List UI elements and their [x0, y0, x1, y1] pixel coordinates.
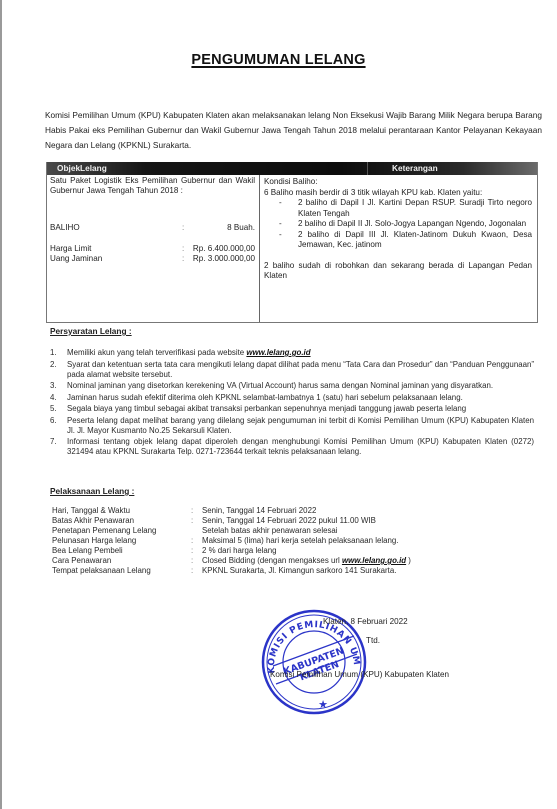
row-value: 2 % dari harga lelang [202, 546, 277, 556]
execution-table: Hari, Tanggal & Waktu:Senin, Tanggal 14 … [52, 506, 522, 576]
object-row-label: Uang Jaminan [50, 254, 102, 264]
row-label: Tempat pelaksanaan Lelang [52, 566, 151, 576]
title-text: PENGUMUMAN LELANG [191, 52, 365, 68]
item-text: Memiliki akun yang telah terverifikasi p… [67, 348, 246, 357]
item-number: 6. [50, 416, 57, 426]
signature-ttd: Ttd. [366, 636, 380, 645]
row-value-text: Senin, Tanggal 14 Februari 2022 pukul 11… [202, 516, 376, 525]
object-cell: Satu Paket Logistik Eks Pemilihan Gubern… [50, 176, 255, 196]
dash-bullet: - [279, 219, 282, 230]
row-label: Bea Lelang Pembeli [52, 546, 123, 556]
execution-row: Batas Akhir Penawaran:Senin, Tanggal 14 … [52, 516, 522, 526]
item-number: 1. [50, 348, 57, 358]
remarks-item: -2 baliho di Dapil I Jl. Kartini Depan R… [264, 198, 532, 219]
intro-paragraph: Komisi Pemilihan Umum (KPU) Kabupaten Kl… [45, 108, 542, 153]
object-description: Satu Paket Logistik Eks Pemilihan Gubern… [50, 176, 255, 196]
remarks-item-text: 2 baliho di Dapil II Jl. Solo-Jogya Lapa… [298, 219, 526, 228]
requirement-item: 4. Jaminan harus sudah efektif diterima … [50, 393, 534, 403]
lelang-website-link[interactable]: www.lelang.go.id [246, 348, 310, 357]
execution-row: Pelunasan Harga lelang:Maksimal 5 (lima)… [52, 536, 522, 546]
item-text: Nominal jaminan yang disetorkan kerekeni… [67, 381, 493, 390]
row-value-text: KPKNL Surakarta, Jl. Kimangun sarkoro 14… [202, 566, 396, 575]
object-row-sep: : [182, 223, 184, 233]
row-value-text: 2 % dari harga lelang [202, 546, 277, 555]
row-label: Batas Akhir Penawaran [52, 516, 134, 526]
object-row-sep: : [182, 244, 184, 254]
row-value: Senin, Tanggal 14 Februari 2022 [202, 506, 316, 516]
object-row-label: Harga Limit [50, 244, 91, 254]
item-number: 5. [50, 404, 57, 414]
item-number: 7. [50, 437, 57, 447]
requirement-item: 6. Peserta lelang dapat melihat barang y… [50, 416, 534, 436]
object-row-value: Rp. 6.400.000,00 [193, 244, 255, 254]
item-number: 3. [50, 381, 57, 391]
page-title: PENGUMUMAN LELANG [0, 52, 557, 68]
row-value: KPKNL Surakarta, Jl. Kimangun sarkoro 14… [202, 566, 396, 576]
signature-signer: Komisi Pemilihan Umum (KPU) Kabupaten Kl… [270, 670, 449, 679]
row-label: Pelunasan Harga lelang [52, 536, 136, 546]
row-label: Cara Penawaran [52, 556, 111, 566]
remarks-item-text: 2 baliho di Dapil I Jl. Kartini Depan RS… [298, 198, 532, 218]
item-text: Informasi tentang objek lelang dapat dip… [67, 437, 534, 456]
row-value-suffix: ) [406, 556, 411, 565]
object-table: ObjekLelang Keterangan Satu Paket Logist… [46, 162, 538, 323]
object-row-value: Rp. 3.000.000,00 [193, 254, 255, 264]
header-objek-lelang: ObjekLelang [57, 163, 107, 173]
row-value: Setelah batas akhir penawaran selesai [202, 526, 338, 536]
item-text: Jaminan harus sudah efektif diterima ole… [67, 393, 463, 402]
item-text: Syarat dan ketentuan serta tata cara men… [67, 360, 534, 379]
dash-bullet: - [279, 230, 282, 241]
table-header: ObjekLelang Keterangan [47, 162, 537, 175]
row-value: Closed Bidding (dengan mengakses url www… [202, 556, 411, 566]
header-keterangan: Keterangan [392, 163, 438, 173]
requirement-item: 3. Nominal jaminan yang disetorkan kerek… [50, 381, 534, 391]
remarks-item: -2 baliho di Dapil III Jl. Klaten-Jatino… [264, 230, 532, 251]
object-row-value: 8 Buah. [227, 223, 255, 233]
row-value-text: Senin, Tanggal 14 Februari 2022 [202, 506, 316, 515]
row-value-text: Setelah batas akhir penawaran selesai [202, 526, 338, 535]
row-value-text: Maksimal 5 (lima) hari kerja setelah pel… [202, 536, 398, 545]
intro-text: Komisi Pemilihan Umum (KPU) Kabupaten Kl… [45, 108, 542, 153]
row-value: Maksimal 5 (lima) hari kerja setelah pel… [202, 536, 398, 546]
remarks-intro: 6 Baliho masih berdir di 3 titik wilayah… [264, 188, 532, 199]
dash-bullet: - [279, 198, 282, 209]
execution-row: Bea Lelang Pembeli:2 % dari harga lelang [52, 546, 522, 556]
object-row-label: BALIHO [50, 223, 80, 233]
row-sep: : [191, 556, 193, 566]
remarks-item-text: 2 baliho di Dapil III Jl. Klaten-Jatinom… [298, 230, 532, 250]
requirements-list: 1. Memiliki akun yang telah terverifikas… [50, 348, 534, 459]
remarks-heading: Kondisi Baliho: [264, 177, 532, 188]
execution-row: Hari, Tanggal & Waktu:Senin, Tanggal 14 … [52, 506, 522, 516]
page-edge [0, 0, 2, 809]
row-sep: : [191, 506, 193, 516]
header-divider [367, 162, 368, 175]
item-text: Peserta lelang dapat melihat barang yang… [67, 416, 534, 435]
row-label: Hari, Tanggal & Waktu [52, 506, 130, 516]
remarks-closing: 2 baliho sudah di robohkan dan sekarang … [264, 261, 532, 282]
requirement-item: 1. Memiliki akun yang telah terverifikas… [50, 348, 534, 358]
remarks-list: -2 baliho di Dapil I Jl. Kartini Depan R… [264, 198, 532, 251]
object-row-sep: : [182, 254, 184, 264]
remarks-item: -2 baliho di Dapil II Jl. Solo-Jogya Lap… [264, 219, 532, 230]
requirement-item: 5. Segala biaya yang timbul sebagai akib… [50, 404, 534, 414]
execution-row: Tempat pelaksanaan Lelang:KPKNL Surakart… [52, 566, 522, 576]
execution-row: Cara Penawaran:Closed Bidding (dengan me… [52, 556, 522, 566]
execution-title: Pelaksanaan Lelang : [50, 486, 134, 496]
column-divider [259, 175, 260, 322]
signature-place-date: Klaten, 8 Februari 2022 [323, 617, 408, 626]
row-sep: : [191, 566, 193, 576]
item-number: 2. [50, 360, 57, 370]
svg-text:★: ★ [318, 699, 328, 711]
row-value-text: Closed Bidding (dengan mengakses url [202, 556, 342, 565]
row-label: Penetapan Pemenang Lelang [52, 526, 156, 536]
remarks-cell: Kondisi Baliho: 6 Baliho masih berdir di… [264, 177, 532, 282]
row-sep: : [191, 536, 193, 546]
row-sep: : [191, 516, 193, 526]
row-sep: : [191, 546, 193, 556]
requirement-item: 2. Syarat dan ketentuan serta tata cara … [50, 360, 534, 380]
item-number: 4. [50, 393, 57, 403]
requirements-title: Persyaratan Lelang : [50, 326, 132, 336]
requirement-item: 7. Informasi tentang objek lelang dapat … [50, 437, 534, 457]
item-text: Segala biaya yang timbul sebagai akibat … [67, 404, 466, 413]
lelang-url-link[interactable]: www.lelang.go.id [342, 556, 406, 565]
row-value: Senin, Tanggal 14 Februari 2022 pukul 11… [202, 516, 376, 526]
execution-row: Penetapan Pemenang LelangSetelah batas a… [52, 526, 522, 536]
